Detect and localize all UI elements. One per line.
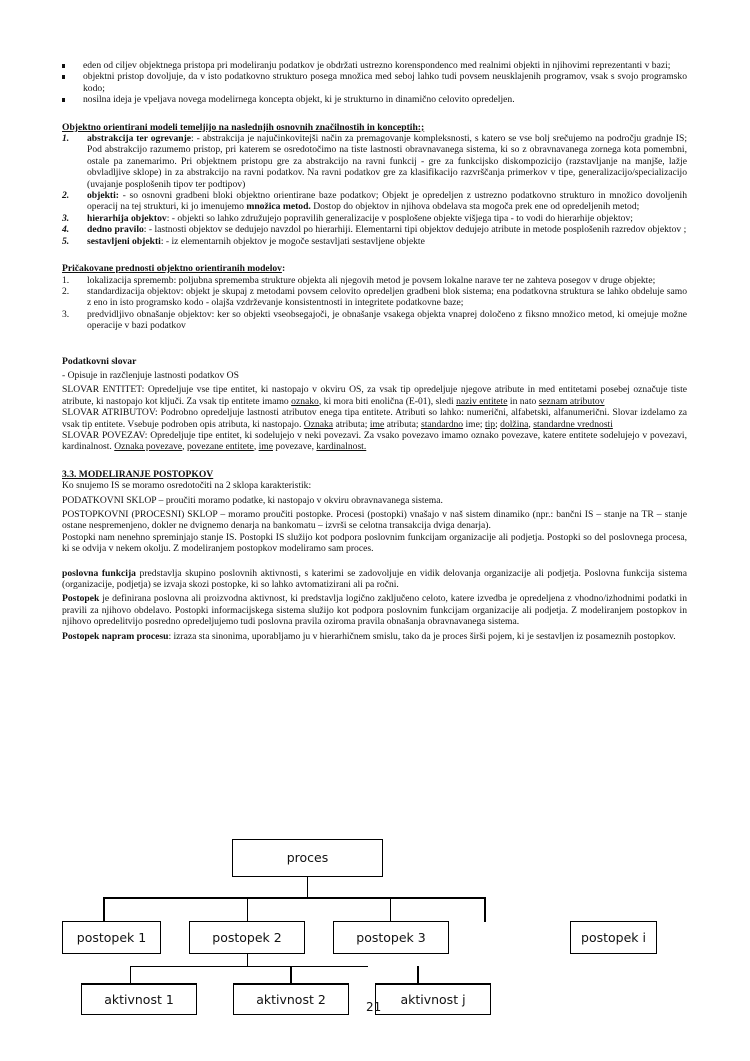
concept-item: 2.objekti: - so osnovni gradbeni bloki o… bbox=[62, 190, 687, 213]
advantages-list: 1.lokalizacija sprememb: poljubna spreme… bbox=[62, 275, 687, 332]
aktivnost-node[interactable]: aktivnost 2 bbox=[233, 983, 349, 1015]
aktivnost-node[interactable]: aktivnost j bbox=[375, 983, 491, 1015]
advantage-item: 2.standardizacija objektov: objekt je sk… bbox=[62, 286, 687, 309]
section-paragraph: POSTOPKOVNI (PROCESNI) SKLOP – moramo pr… bbox=[62, 509, 687, 532]
concept-item: 1.abstrakcija ter ogrevanje: - abstrakci… bbox=[62, 133, 687, 190]
aktivnost-node[interactable]: aktivnost 1 bbox=[81, 983, 197, 1015]
dictionary-heading: Podatkovni slovar bbox=[62, 356, 687, 367]
connector-line bbox=[307, 876, 308, 898]
connector-line bbox=[484, 897, 486, 922]
page-number: 21 bbox=[366, 1002, 381, 1013]
concept-item: 5.sestavljeni objekti: - iz elementarnih… bbox=[62, 236, 687, 247]
concept-term: dedno pravilo bbox=[87, 224, 144, 235]
slovar-entitet-paragraph: SLOVAR ENTITET: Opredeljuje vse tipe ent… bbox=[62, 384, 687, 407]
intro-bullet-list: eden od ciljev objektnega pristopa pri m… bbox=[62, 60, 687, 106]
bullet-item: nosilna ideja je vpeljava novega modelir… bbox=[62, 94, 687, 105]
connector-line bbox=[417, 966, 419, 984]
postopek-node[interactable]: postopek i bbox=[570, 921, 657, 954]
process-node[interactable]: proces bbox=[232, 839, 383, 877]
square-bullet-icon bbox=[62, 64, 65, 68]
dictionary-subtitle: - Opisuje in razčlenjuje lastnosti podat… bbox=[62, 370, 687, 381]
document-page: eden od ciljev objektnega pristopa pri m… bbox=[62, 60, 687, 642]
connector-line bbox=[130, 966, 368, 967]
section-paragraph: PODATKOVNI SKLOP – proučiti moramo podat… bbox=[62, 495, 687, 506]
connector-line bbox=[247, 898, 248, 922]
concept-term: abstrakcija ter ogrevanje bbox=[87, 133, 191, 144]
concept-item: 3.hierarhija objektov: - objekti so lahk… bbox=[62, 213, 687, 224]
bullet-item: eden od ciljev objektnega pristopa pri m… bbox=[62, 60, 687, 71]
bullet-item: objektni pristop dovoljuje, da v isto po… bbox=[62, 71, 687, 94]
section-paragraph: Postopek napram procesu: izraza sta sino… bbox=[62, 631, 687, 642]
connector-line bbox=[290, 966, 292, 984]
connector-line bbox=[130, 966, 131, 984]
square-bullet-icon bbox=[62, 98, 65, 102]
connector-line bbox=[390, 898, 391, 922]
advantage-item: 3.predvidljivo obnašanje objektov: ker s… bbox=[62, 309, 687, 332]
section-paragraph: Postopek je definirana poslovna ali proi… bbox=[62, 593, 687, 627]
slovar-atributov-paragraph: SLOVAR ATRIBUTOV: Podrobno opredeljuje l… bbox=[62, 407, 687, 430]
concept-item: 4.dedno pravilo: - lastnosti objektov se… bbox=[62, 224, 687, 235]
connector-line bbox=[103, 897, 105, 922]
concepts-list: 1.abstrakcija ter ogrevanje: - abstrakci… bbox=[62, 133, 687, 247]
section-paragraph: Postopki nam nenehno spreminjajo stanje … bbox=[62, 532, 687, 555]
postopek-node[interactable]: postopek 1 bbox=[62, 921, 161, 954]
section-paragraph: poslovna funkcija predstavlja skupino po… bbox=[62, 568, 687, 591]
concept-term: hierarhija objektov bbox=[87, 213, 167, 224]
section-heading: 3.3. MODELIRANJE POSTOPKOV bbox=[62, 469, 687, 480]
postopek-node[interactable]: postopek 3 bbox=[333, 921, 449, 954]
connector-line bbox=[103, 897, 485, 899]
section-paragraph: Ko snujemo IS se moramo osredotočiti na … bbox=[62, 480, 687, 491]
concept-term: objekti: bbox=[87, 190, 119, 201]
connector-line bbox=[247, 953, 248, 966]
postopek-node[interactable]: postopek 2 bbox=[189, 921, 305, 954]
slovar-povezav-paragraph: SLOVAR POVEZAV: Opredeljuje tipe entitet… bbox=[62, 430, 687, 453]
concept-term-inline: množica metod. bbox=[246, 201, 310, 212]
square-bullet-icon bbox=[62, 75, 65, 79]
concept-term: sestavljeni objekti bbox=[87, 236, 161, 247]
advantage-item: 1.lokalizacija sprememb: poljubna spreme… bbox=[62, 275, 687, 286]
advantages-heading: Pričakovane prednosti objektno orientira… bbox=[62, 263, 687, 274]
concepts-heading: Objektno orientirani modeli temeljijo na… bbox=[62, 122, 687, 133]
